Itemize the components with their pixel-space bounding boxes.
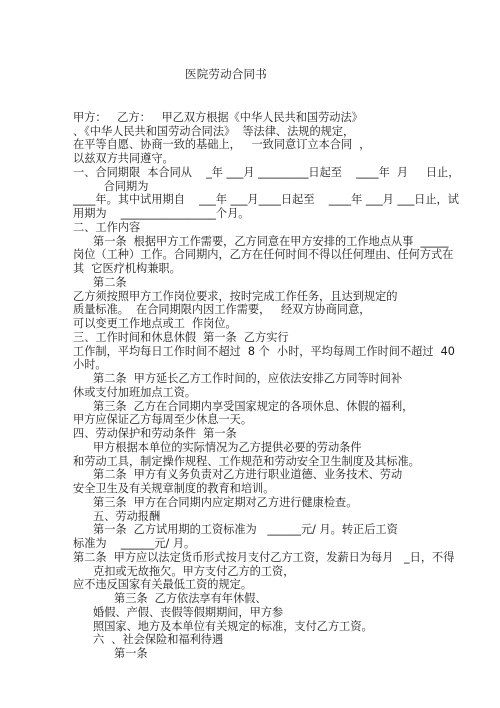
document-line: 第三条 乙方在合同期内享受国家规定的各项休息、休假的福利， [93,400,413,414]
document-line: 质量标准。 在合同期限内因工作需要， 经双方协商同意， [73,303,370,317]
document-line: 四、劳动保护和劳动条件 第一条 [73,427,237,441]
document-line: 五、劳动报酬 [93,510,160,524]
document-line: 甲方根据本单位的实际情况为乙方提供必要的劳动条件 [93,441,362,455]
document-line: 六 、社会保险和福利待遇 [93,633,223,647]
document-line: 合同期为 [93,180,148,194]
document-line: 其 它医疗机构兼职。 [73,262,181,276]
document-line: 第二条 [93,276,127,290]
document-line: 应不违反国家有关最低工资的规定。 [73,578,252,592]
document-title: 医院劳动合同书 [185,66,267,82]
document-line: 照国家、地方及本单位有关规定的标准，支付乙方工资。 [93,620,373,634]
document-line: 婚假、产假、丧假等假期期间，甲方参 [93,606,283,620]
document-line: 、《中华人民共和国劳动合同法》 等法律、法规的规定， [73,125,354,139]
document-line: 小时。 [73,358,107,372]
document-line: ____年。其中试用期自 ___年 ___月____日起至 ____年 ___月… [73,193,459,207]
document-line: 第三条 乙方依法享有年休假、 [114,592,267,606]
document-line: 在平等自愿、协商一致的基础上， 一致同意订立本合同 ， [73,138,370,152]
document-line: 标准为 ______元/ 月。 [73,537,195,551]
document-line: 乙方须按照甲方工作岗位要求，按时完成工作任务，且达到规定的 [73,290,397,304]
document-line: 克扣或无故拖欠。甲方支付乙方的工资， [93,565,294,579]
document-line: 第一条 [114,647,148,661]
document-line: 休或支付加班加点工资。 [73,386,196,400]
document-line: 第二条 甲方应以法定货币形式按月支付乙方工资，发薪日为每月 _日，不得 [73,551,454,565]
document-line: 甲方： 乙方： 甲乙双方根据《中华人民共和国劳动法》 [73,111,363,125]
document-line: 可以变更工作地点或工 作岗位。 [73,317,237,331]
document-line: 第二条 甲方有义务负责对乙方进行职业道德、业务技术、劳动 [93,468,402,482]
document-line: 三、工作时间和休息休假 第一条 乙方实行 [73,331,289,345]
document-line: 第三条 甲方在合同期内应定期对乙方进行健康检查。 [93,496,357,510]
document-line: 和劳动工具，制定操作规程、工作规范和劳动安全卫生制度及其标准。 [73,455,420,469]
document-line: 第二条 甲方延长乙方工作时间的，应依法安排乙方同等时间补 [93,372,402,386]
document-line: 第一条 乙方试用期的工资标准为 ______元/ 月。转正后工资 [93,523,398,537]
document-line: 甲方应保证乙方每周至少休息一天。 [73,413,252,427]
document-line: 二、工作内容 [73,221,140,235]
document-line: 用期为 _________________个月。 [73,207,249,221]
document-line: 以兹双方共同遵守。 [73,152,174,166]
document-line: 工作制，平均每日工作时间不超过 8 个 小时，平均每周工作时间不超过 40 [73,345,455,359]
document-line: 一、合同期限 本合同从 _年 ___月 _________日起至 ____年 月… [73,166,459,180]
document-line: 安全卫生及有关规章制度的教育和培训。 [73,482,274,496]
document-line: 第一条 根据甲方工作需要，乙方同意在甲方安排的工作地点从事 _____ [93,235,448,249]
document-line: 岗位（工种）工作。合同期内，乙方在任何时间不得以任何理由、任何方式在 [73,248,453,262]
